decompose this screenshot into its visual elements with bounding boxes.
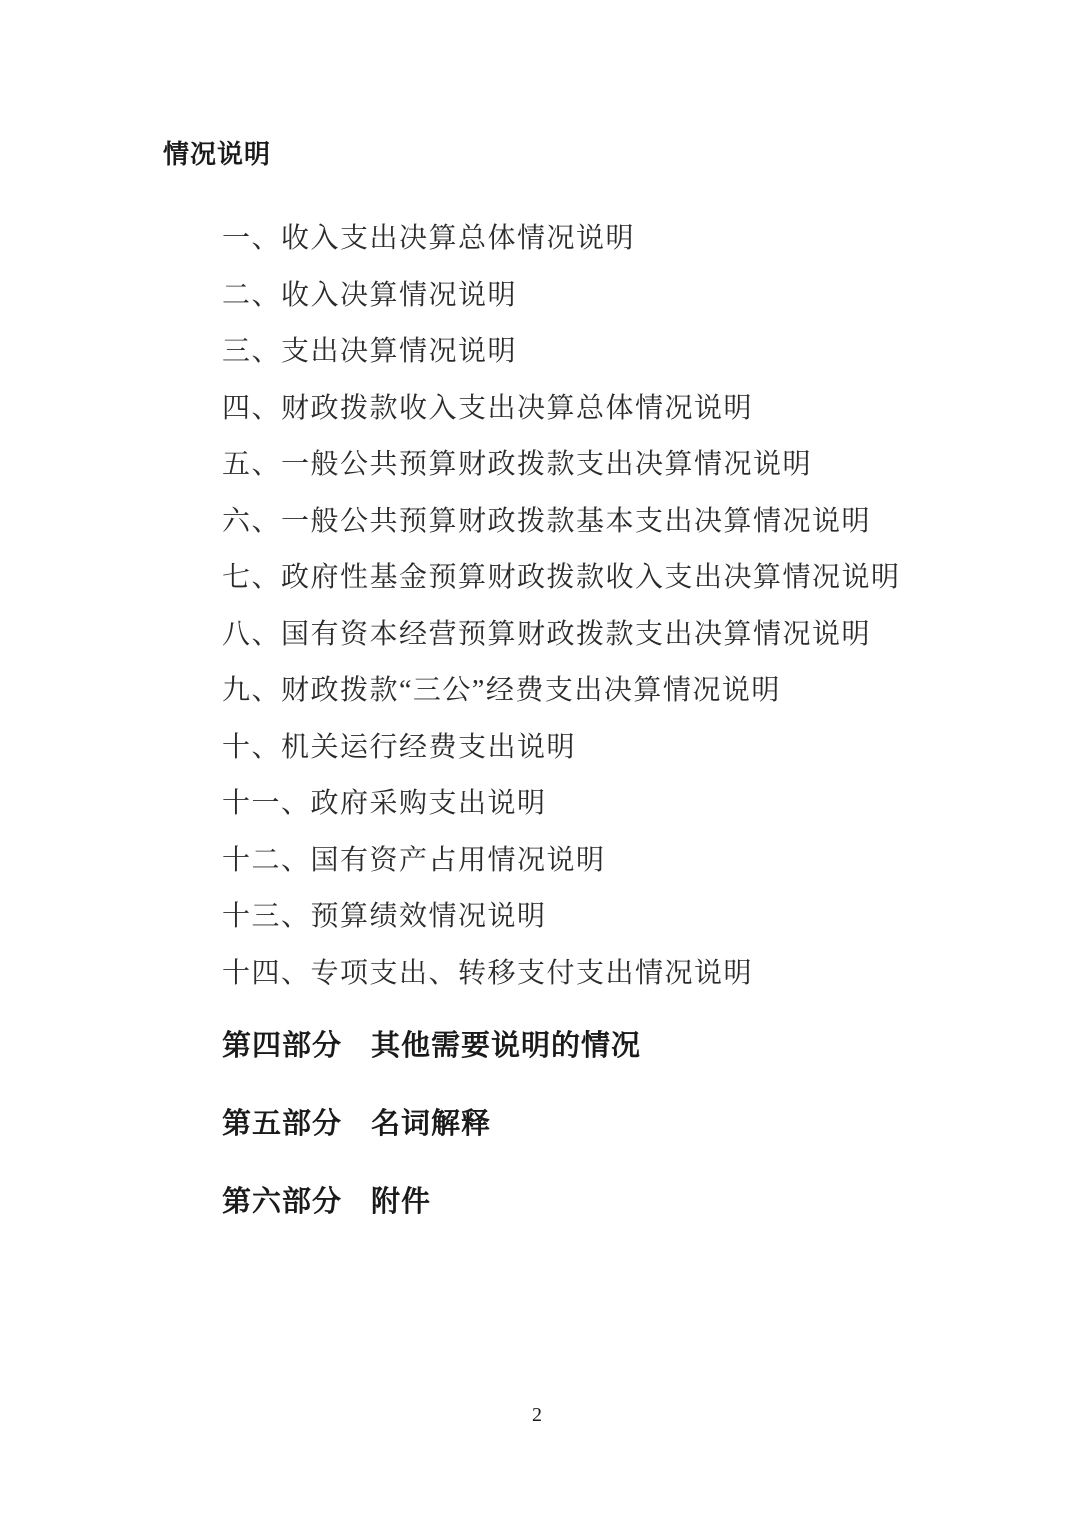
page-number: 2	[0, 1404, 1074, 1427]
section-title: 名词解释	[371, 1108, 491, 1140]
section-heading-part6: 第六部分附件	[222, 1187, 431, 1218]
section-title: 其他需要说明的情况	[371, 1030, 641, 1062]
toc-item: 九、财政拨款“三公”经费支出决算情况说明	[222, 663, 901, 720]
section-label: 第五部分	[222, 1109, 342, 1140]
section-heading-part4: 第四部分其他需要说明的情况	[222, 1031, 641, 1062]
toc-item: 十、机关运行经费支出说明	[222, 720, 901, 777]
section-heading-part5: 第五部分名词解释	[222, 1109, 491, 1140]
toc-item: 一、收入支出决算总体情况说明	[222, 211, 901, 268]
toc-item: 五、一般公共预算财政拨款支出决算情况说明	[222, 437, 901, 494]
toc-item: 十三、预算绩效情况说明	[222, 889, 901, 946]
toc-item: 十二、国有资产占用情况说明	[222, 833, 901, 890]
toc-item: 七、政府性基金预算财政拨款收入支出决算情况说明	[222, 550, 901, 607]
toc-item: 六、一般公共预算财政拨款基本支出决算情况说明	[222, 494, 901, 551]
section-title: 附件	[371, 1186, 431, 1218]
toc-item: 十四、专项支出、转移支付支出情况说明	[222, 946, 901, 1003]
toc-list: 一、收入支出决算总体情况说明 二、收入决算情况说明 三、支出决算情况说明 四、财…	[222, 211, 901, 1002]
section-label: 第六部分	[222, 1187, 342, 1218]
document-page: 情况说明 一、收入支出决算总体情况说明 二、收入决算情况说明 三、支出决算情况说…	[0, 0, 1074, 1520]
toc-item: 二、收入决算情况说明	[222, 268, 901, 325]
section-label: 第四部分	[222, 1031, 342, 1062]
toc-item: 十一、政府采购支出说明	[222, 776, 901, 833]
toc-item: 三、支出决算情况说明	[222, 324, 901, 381]
toc-item: 四、财政拨款收入支出决算总体情况说明	[222, 381, 901, 438]
toc-item: 八、国有资本经营预算财政拨款支出决算情况说明	[222, 607, 901, 664]
page-heading-fragment: 情况说明	[163, 138, 271, 170]
